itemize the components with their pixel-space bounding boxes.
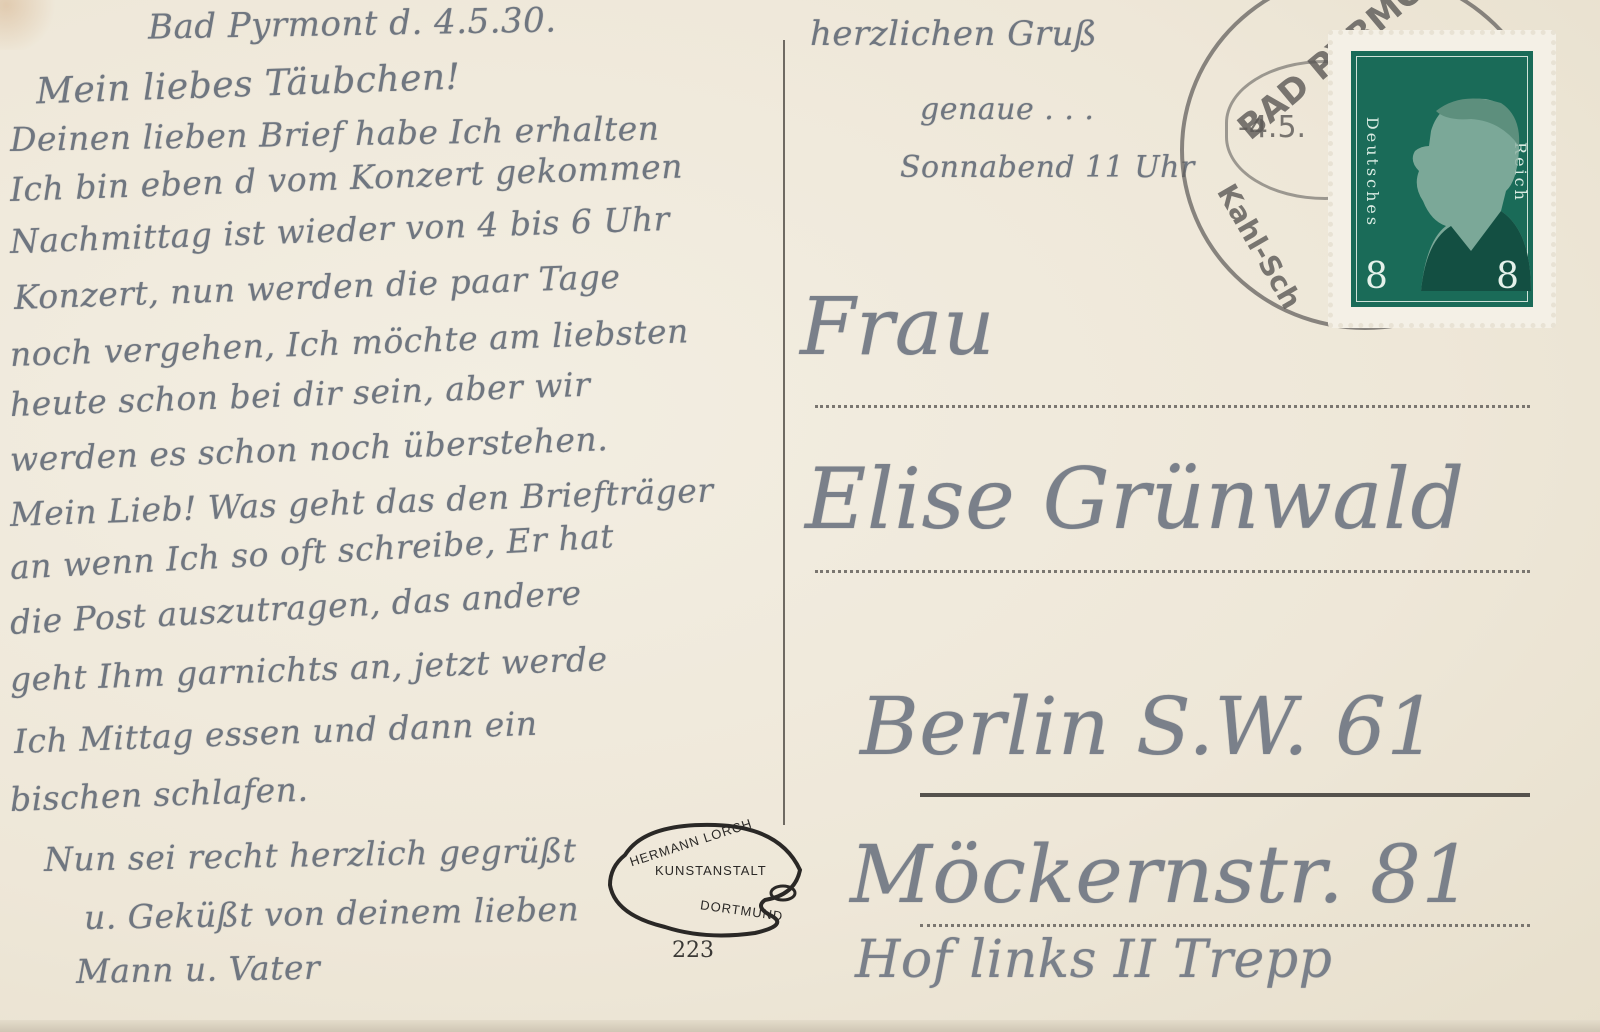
message-line: Nachmittag ist wieder von 4 bis 6 Uhr bbox=[9, 199, 670, 261]
stamp-value-left: 8 bbox=[1365, 256, 1388, 297]
publisher-subtitle: KUNSTANSTALT bbox=[655, 863, 767, 878]
note-line: Sonnabend 11 Uhr bbox=[900, 150, 1195, 185]
address-name: Elise Grünwald bbox=[805, 450, 1465, 548]
address-city: Berlin S.W. 61 bbox=[860, 680, 1438, 773]
center-divider bbox=[783, 40, 785, 825]
message-line: die Post auszutragen, das andere bbox=[9, 573, 583, 642]
signature: Mann u. Vater bbox=[76, 948, 321, 991]
place-date: Bad Pyrmont d. 4.5.30. bbox=[148, 0, 557, 47]
postmark-date: -4.5. bbox=[1238, 110, 1306, 145]
print-number: 223 bbox=[672, 938, 714, 963]
message-line: u. Geküßt von deinem lieben bbox=[84, 889, 580, 937]
salutation: Mein liebes Täubchen! bbox=[35, 57, 461, 113]
message-line: heute schon bei dir sein, aber wir bbox=[9, 365, 591, 424]
note-line: herzlichen Gruß bbox=[810, 14, 1097, 54]
stamp-country-left: Deutsches bbox=[1363, 117, 1382, 228]
stamp-value-right: 8 bbox=[1496, 256, 1519, 297]
message-line: Ich Mittag essen und dann ein bbox=[13, 704, 538, 761]
message-line: Konzert, nun werden die paar Tage bbox=[13, 257, 621, 317]
address-city-underline bbox=[920, 793, 1530, 797]
age-stain bbox=[0, 0, 60, 50]
postcard: Bad Pyrmont d. 4.5.30. Mein liebes Täubc… bbox=[0, 0, 1600, 1032]
message-line: geht Ihm garnichts an, jetzt werde bbox=[9, 639, 608, 699]
message-line: Nun sei recht herzlich gegrüßt bbox=[44, 831, 577, 879]
address-line-1 bbox=[815, 405, 1530, 408]
address-extra: Hof links II Trepp bbox=[855, 930, 1332, 990]
message-line: bischen schlafen. bbox=[9, 770, 309, 819]
message-line: werden es schon noch überstehen. bbox=[9, 419, 608, 479]
note-line: genaue . . . bbox=[920, 92, 1094, 127]
address-title: Frau bbox=[800, 280, 995, 373]
publisher-logo: HERMANN LORCH KUNSTANSTALT DORTMUND bbox=[605, 815, 815, 940]
address-line-3 bbox=[920, 924, 1530, 927]
postage-stamp: Deutsches Reich 8 8 bbox=[1328, 30, 1556, 328]
address-line-2 bbox=[815, 570, 1530, 573]
stamp-face: Deutsches Reich 8 8 bbox=[1351, 51, 1533, 307]
address-street: Möckernstr. 81 bbox=[850, 828, 1473, 921]
